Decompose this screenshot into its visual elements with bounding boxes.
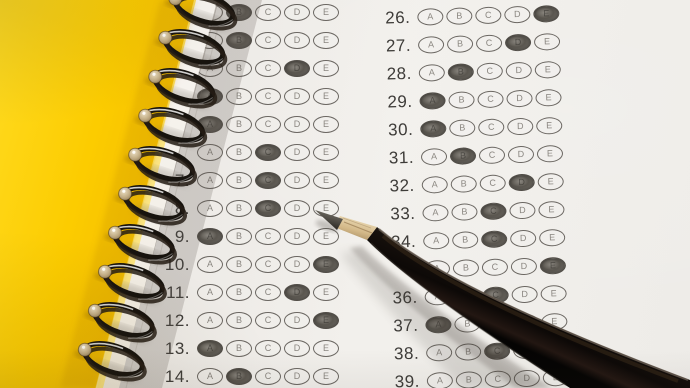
bubble-letter: A: [435, 320, 441, 329]
question-number: 32.: [373, 176, 415, 194]
answer-bubble-d-filled: D: [284, 284, 310, 301]
answer-bubble-e: E: [534, 32, 560, 50]
question-row: ABCDE: [148, 54, 339, 82]
bubble-letter: B: [236, 36, 242, 45]
answer-bubble-a: A: [197, 368, 223, 385]
bubble-letter: C: [485, 10, 492, 19]
answer-bubble-c: C: [255, 284, 281, 301]
bubble-letter: B: [236, 344, 242, 353]
bubble-letter: E: [543, 9, 549, 18]
bubble-letter: E: [545, 65, 551, 74]
answer-bubble-d: D: [284, 32, 310, 49]
answer-bubble-b-filled: B: [448, 63, 474, 81]
bubble-letter: A: [432, 208, 438, 217]
bubble-letter: C: [265, 148, 272, 157]
answer-bubble-a: A: [426, 343, 452, 361]
question-row: 9.ABCDE: [148, 222, 339, 250]
question-row: ABCDE: [148, 0, 339, 26]
answer-bubble-e-filled: E: [313, 312, 339, 329]
bubble-letter: B: [461, 179, 467, 188]
bubble-letter: A: [437, 376, 443, 385]
answer-bubble-d: D: [507, 117, 533, 135]
bubble-letter: E: [545, 93, 551, 102]
bubble-letter: C: [488, 122, 495, 131]
bubble-letter: D: [294, 288, 301, 297]
question-number: 7.: [148, 172, 190, 189]
bubble-letter: E: [323, 64, 329, 73]
bubble-letter: C: [265, 92, 272, 101]
bubble-letter: C: [265, 8, 272, 17]
answer-bubble-b: B: [226, 144, 252, 161]
answer-bubble-d: D: [510, 229, 536, 247]
answer-bubble-b: B: [226, 340, 252, 357]
bubble-letter: D: [294, 92, 301, 101]
bubble-letter: B: [456, 11, 462, 20]
question-number: 27.: [369, 36, 411, 54]
answer-bubble-b-filled: B: [226, 368, 252, 385]
answer-bubble-c: C: [255, 256, 281, 273]
answer-bubble-a: A: [421, 147, 447, 165]
bubble-letter: E: [323, 204, 329, 213]
bubble-letter: C: [265, 372, 272, 381]
bubble-letter: D: [294, 232, 301, 241]
answer-bubble-c-filled: C: [484, 342, 510, 360]
bubble-letter: A: [207, 148, 213, 157]
bubble-letter: A: [207, 204, 213, 213]
bubble-letter: B: [458, 67, 464, 76]
bubble-letter: D: [514, 10, 521, 19]
answer-bubble-b: B: [453, 259, 479, 277]
answer-bubble-b: B: [447, 35, 473, 53]
bubble-letter: B: [464, 291, 470, 300]
bubble-letter: E: [546, 121, 552, 130]
question-number: 12.: [148, 312, 190, 329]
bubble-letter: A: [429, 96, 435, 105]
bubble-letter: B: [459, 123, 465, 132]
answer-bubble-d: D: [506, 89, 532, 107]
bubble-letter: D: [515, 38, 522, 47]
answer-bubble-d: D: [284, 4, 310, 21]
question-row: 7.ABCDE: [148, 166, 339, 194]
question-number: 39.: [378, 372, 420, 388]
answer-bubble-e: E: [313, 172, 339, 189]
bubble-letter: D: [523, 373, 530, 382]
answer-bubble-a: A: [417, 8, 443, 26]
answer-bubble-d: D: [284, 340, 310, 357]
answer-bubble-e: E: [537, 172, 563, 190]
answer-bubble-d: D: [514, 369, 540, 387]
answer-bubble-e: E: [543, 368, 569, 386]
answer-bubble-c: C: [255, 4, 281, 21]
answer-bubble-a: A: [424, 259, 450, 277]
answer-bubble-c: C: [475, 6, 501, 24]
bubble-letter: A: [430, 124, 436, 133]
answer-bubble-e: E: [313, 4, 339, 21]
bubble-letter: A: [436, 348, 442, 357]
bubble-letter: E: [323, 148, 329, 157]
bubble-letter: D: [294, 260, 301, 269]
answer-bubble-c: C: [255, 340, 281, 357]
bubble-letter: B: [462, 235, 468, 244]
bubble-letter: A: [433, 236, 439, 245]
bubble-letter: E: [323, 176, 329, 185]
bubble-letter: D: [294, 120, 301, 129]
bubble-letter: D: [521, 261, 528, 270]
answer-bubble-c-filled: C: [255, 144, 281, 161]
answer-bubble-a: A: [418, 36, 444, 54]
bubble-letter: C: [265, 64, 272, 73]
bubble-letter: A: [207, 232, 213, 241]
answer-sheet: ABCDEABCDEABCDEABCDEABCDEABCDE7.ABCDE8.A…: [0, 0, 690, 388]
bubble-letter: B: [236, 204, 242, 213]
bubble-letter: E: [323, 260, 329, 269]
bubble-letter: C: [492, 290, 499, 299]
answer-bubble-a-filled: A: [197, 116, 223, 133]
bubble-letter: C: [489, 150, 496, 159]
question-row: 39.ABCDE: [378, 363, 570, 388]
answer-bubble-c: C: [478, 118, 504, 136]
bubble-letter: E: [551, 289, 557, 298]
answer-bubble-d: D: [284, 88, 310, 105]
answer-bubble-e: E: [537, 144, 563, 162]
bubble-letter: A: [434, 264, 440, 273]
question-number: 9.: [148, 228, 190, 245]
answer-bubble-d: D: [511, 285, 537, 303]
answer-bubble-d: D: [509, 201, 535, 219]
bubble-letter: B: [236, 260, 242, 269]
answer-bubble-b: B: [226, 256, 252, 273]
bubble-letter: C: [265, 288, 272, 297]
question-number: 13.: [148, 340, 190, 357]
bubble-letter: E: [323, 120, 329, 129]
answer-bubble-b: B: [226, 172, 252, 189]
answer-bubble-e: E: [313, 116, 339, 133]
answer-bubble-b: B: [449, 119, 475, 137]
answer-bubble-b: B: [455, 343, 481, 361]
answer-bubble-a: A: [419, 64, 445, 82]
answer-bubble-e: E: [313, 284, 339, 301]
answer-bubble-d-filled: D: [505, 33, 531, 51]
bubble-letter: E: [552, 345, 558, 354]
bubble-letter: D: [294, 148, 301, 157]
answer-bubble-a-filled: A: [197, 228, 223, 245]
question-number: 36.: [375, 288, 417, 306]
answer-bubble-c: C: [255, 32, 281, 49]
answer-bubble-b: B: [226, 284, 252, 301]
answer-bubble-b: B: [453, 287, 479, 305]
bubble-letter: A: [429, 68, 435, 77]
answer-bubble-d: D: [284, 228, 310, 245]
bubble-letter: B: [463, 263, 469, 272]
answer-bubble-d-filled: D: [508, 173, 534, 191]
bubble-letter: B: [236, 148, 242, 157]
answer-bubble-a-filled: A: [420, 119, 446, 137]
answer-bubble-c: C: [477, 90, 503, 108]
answer-bubble-b: B: [226, 116, 252, 133]
bubble-letter: B: [457, 39, 463, 48]
bubble-letter: C: [489, 178, 496, 187]
bubble-letter: C: [486, 38, 493, 47]
answer-bubble-a: A: [422, 175, 448, 193]
answer-bubble-c: C: [255, 116, 281, 133]
answer-bubble-c: C: [255, 88, 281, 105]
answer-bubble-d: D: [284, 368, 310, 385]
answer-bubble-e: E: [538, 200, 564, 218]
answer-bubble-c-filled: C: [481, 230, 507, 248]
bubble-letter: C: [265, 176, 272, 185]
bubble-letter: C: [490, 206, 497, 215]
answer-bubble-a: A: [423, 231, 449, 249]
answer-bubble-d: D: [284, 144, 310, 161]
bubble-letter: B: [236, 120, 242, 129]
answer-bubble-e-filled: E: [313, 256, 339, 273]
answer-bubble-a: A: [197, 144, 223, 161]
answer-bubble-c: C: [255, 312, 281, 329]
bubble-letter: C: [491, 234, 498, 243]
answer-bubble-a: A: [197, 284, 223, 301]
answer-bubble-a-filled: A: [197, 340, 223, 357]
answer-column-right: 26.ABCDE27.ABCDE28.ABCDE29.ABCDE30.ABCDE…: [368, 0, 608, 4]
answer-bubble-b: B: [456, 371, 482, 388]
answer-bubble-e: E: [313, 32, 339, 49]
question-number: 37.: [376, 316, 418, 334]
answer-bubble-c-filled: C: [255, 172, 281, 189]
bubble-letter: B: [236, 8, 242, 17]
answer-bubble-c: C: [482, 258, 508, 276]
answer-bubble-a: A: [197, 200, 223, 217]
answer-bubble-c: C: [479, 146, 505, 164]
bubble-letter: D: [515, 65, 522, 74]
bubble-letter: C: [492, 262, 499, 271]
answer-bubble-d: D: [504, 5, 530, 23]
bubble-letter: A: [207, 316, 213, 325]
bubble-letter: D: [518, 149, 525, 158]
answer-bubble-d: D: [284, 116, 310, 133]
bubble-letter: D: [519, 205, 526, 214]
answer-bubble-b: B: [454, 315, 480, 333]
question-row: 14.ABCDE: [148, 362, 339, 388]
question-number: 10.: [148, 256, 190, 273]
bubble-letter: B: [465, 347, 471, 356]
answer-bubble-e: E: [313, 340, 339, 357]
bubble-letter: E: [549, 233, 555, 242]
answer-bubble-c: C: [477, 62, 503, 80]
bubble-letter: A: [207, 36, 213, 45]
question-row: 11.ABCDE: [148, 278, 339, 306]
bubble-letter: A: [207, 176, 213, 185]
bubble-letter: D: [294, 36, 301, 45]
bubble-letter: E: [547, 149, 553, 158]
question-number: 29.: [370, 92, 412, 110]
question-row: ABCDE: [148, 110, 339, 138]
bubble-letter: A: [207, 260, 213, 269]
bubble-letter: D: [517, 121, 524, 130]
bubble-letter: E: [323, 288, 329, 297]
bubble-letter: C: [265, 36, 272, 45]
question-number: 26.: [368, 8, 410, 26]
answer-bubble-b: B: [226, 60, 252, 77]
bubble-letter: A: [207, 372, 213, 381]
answer-bubble-a: A: [197, 256, 223, 273]
bubble-letter: D: [518, 177, 525, 186]
bubble-letter: C: [487, 94, 494, 103]
answer-bubble-d: D: [508, 145, 534, 163]
bubble-letter: D: [516, 93, 523, 102]
bubble-letter: E: [553, 373, 559, 382]
answer-bubble-c-filled: C: [482, 286, 508, 304]
bubble-letter: B: [461, 207, 467, 216]
answer-bubble-d: D: [511, 257, 537, 275]
answer-bubble-d: D: [512, 313, 538, 331]
bubble-letter: D: [294, 8, 301, 17]
answer-bubble-b-filled: B: [226, 32, 252, 49]
answer-bubble-c: C: [255, 60, 281, 77]
bubble-letter: A: [428, 40, 434, 49]
bubble-letter: B: [236, 176, 242, 185]
bubble-letter: D: [294, 372, 301, 381]
bubble-letter: D: [521, 289, 528, 298]
question-number: 30.: [371, 120, 413, 138]
bubble-letter: D: [294, 176, 301, 185]
answer-bubble-d: D: [284, 172, 310, 189]
answer-bubble-d: D: [506, 61, 532, 79]
answer-bubble-b: B: [226, 312, 252, 329]
answer-bubble-b-filled: B: [226, 4, 252, 21]
bubble-letter: A: [207, 288, 213, 297]
answer-bubble-b-filled: B: [450, 147, 476, 165]
bubble-letter: A: [432, 180, 438, 189]
answer-bubble-e: E: [313, 144, 339, 161]
answer-bubble-a: A: [197, 32, 223, 49]
question-row: 12.ABCDE: [148, 306, 339, 334]
answer-bubble-e: E: [542, 340, 568, 358]
question-number: 34.: [374, 232, 416, 250]
question-number: 14.: [148, 368, 190, 385]
answer-bubble-a: A: [197, 312, 223, 329]
bubble-letter: B: [460, 151, 466, 160]
answer-bubble-a-filled: A: [419, 92, 445, 110]
bubble-letter: E: [548, 205, 554, 214]
bubble-letter: B: [464, 319, 470, 328]
answer-bubble-e: E: [539, 228, 565, 246]
answer-bubble-b: B: [226, 88, 252, 105]
bubble-letter: D: [294, 316, 301, 325]
answer-bubble-b: B: [226, 200, 252, 217]
bubble-letter: E: [551, 317, 557, 326]
answer-bubble-d: D: [284, 312, 310, 329]
bubble-letter: B: [466, 375, 472, 384]
question-number: 28.: [370, 64, 412, 82]
question-row: 8.ABCDE: [148, 194, 339, 222]
answer-bubble-a: A: [424, 287, 450, 305]
bubble-letter: A: [207, 120, 213, 129]
bubble-letter: E: [544, 37, 550, 46]
answer-bubble-e-filled: E: [540, 256, 566, 274]
answer-bubble-a: A: [197, 4, 223, 21]
answer-bubble-e: E: [313, 368, 339, 385]
bubble-letter: A: [431, 152, 437, 161]
bubble-letter: C: [265, 344, 272, 353]
bubble-letter: E: [323, 36, 329, 45]
answer-bubble-a-filled: A: [425, 315, 451, 333]
answer-bubble-a: A: [427, 371, 453, 388]
question-number: 8.: [148, 200, 190, 217]
answer-bubble-b: B: [451, 203, 477, 221]
answer-bubble-c: C: [476, 34, 502, 52]
bubble-letter: D: [523, 345, 530, 354]
bubble-letter: D: [294, 64, 301, 73]
answer-bubble-e: E: [313, 60, 339, 77]
answer-bubble-d: D: [513, 341, 539, 359]
bubble-letter: B: [236, 232, 242, 241]
bubble-letter: C: [265, 260, 272, 269]
bubble-letter: B: [236, 64, 242, 73]
answer-bubble-e: E: [313, 228, 339, 245]
bubble-letter: D: [520, 233, 527, 242]
bubble-letter: C: [486, 66, 493, 75]
bubble-letter: B: [236, 316, 242, 325]
bubble-letter: A: [435, 292, 441, 301]
bubble-letter: E: [323, 232, 329, 241]
question-number: 31.: [372, 148, 414, 166]
photo-scene: ABCDEABCDEABCDEABCDEABCDEABCDE7.ABCDE8.A…: [0, 0, 690, 388]
answer-bubble-a: A: [197, 172, 223, 189]
answer-bubble-e: E: [535, 60, 561, 78]
answer-bubble-d: D: [284, 200, 310, 217]
question-number: 11.: [148, 284, 190, 301]
answer-bubble-e-filled: E: [533, 4, 559, 22]
answer-bubble-c: C: [480, 174, 506, 192]
bubble-letter: B: [458, 95, 464, 104]
answer-bubble-e: E: [313, 200, 339, 217]
bubble-letter: A: [207, 344, 213, 353]
bubble-letter: D: [294, 344, 301, 353]
answer-bubble-e: E: [540, 284, 566, 302]
bubble-letter: A: [207, 8, 213, 17]
answer-bubble-a: A: [422, 203, 448, 221]
bubble-letter: E: [550, 261, 556, 270]
answer-bubble-c-filled: C: [255, 200, 281, 217]
bubble-letter: E: [548, 177, 554, 186]
bubble-letter: A: [207, 64, 213, 73]
answer-bubble-d-filled: D: [284, 60, 310, 77]
question-row: ABCDE: [148, 26, 339, 54]
question-row: 10.ABCDE: [148, 250, 339, 278]
bubble-letter: E: [323, 372, 329, 381]
answer-bubble-c: C: [485, 370, 511, 388]
question-number: 33.: [373, 204, 415, 222]
bubble-letter: C: [265, 204, 272, 213]
bubble-letter: C: [493, 318, 500, 327]
question-row: 13.ABCDE: [148, 334, 339, 362]
bubble-letter: E: [323, 8, 329, 17]
bubble-letter: C: [494, 346, 501, 355]
answer-bubble-c-filled: C: [480, 202, 506, 220]
question-number: 38.: [377, 344, 419, 362]
answer-bubble-e: E: [541, 312, 567, 330]
bubble-letter: C: [494, 374, 501, 383]
answer-bubble-b: B: [446, 7, 472, 25]
bubble-letter: A: [207, 92, 213, 101]
bubble-letter: C: [265, 232, 272, 241]
answer-bubble-c: C: [255, 228, 281, 245]
answer-bubble-b: B: [451, 175, 477, 193]
answer-bubble-a: A: [197, 60, 223, 77]
bubble-letter: B: [236, 372, 242, 381]
answer-bubble-b: B: [452, 231, 478, 249]
answer-bubble-e: E: [535, 88, 561, 106]
answer-bubble-c: C: [255, 368, 281, 385]
